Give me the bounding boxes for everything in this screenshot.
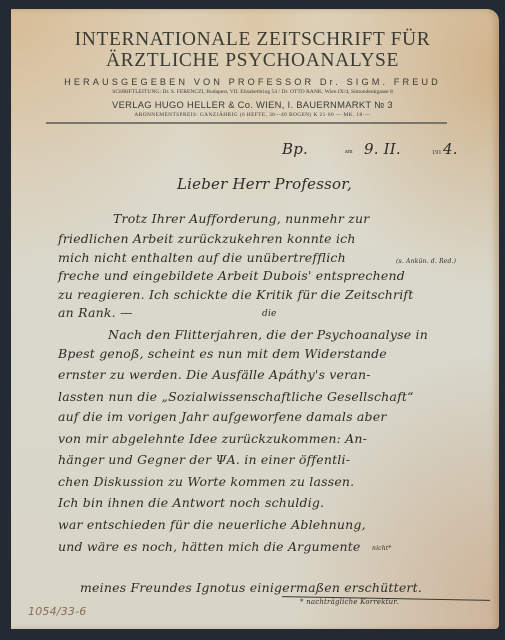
body-line: und wäre es noch, hätten mich die Argume… [58,539,361,554]
body-line: auf die im vorigen Jahr aufgeworfene dam… [58,409,387,424]
letterhead-divider [46,122,447,124]
letterhead-title-line1: INTERNATIONALE ZEITSCHRIFT FÜR [0,29,505,51]
body-line: Trotz Ihrer Aufforderung, nunmehr zur [113,211,369,226]
body-line: an Rank. — [58,305,133,320]
body-line: Nach den Flitterjahren, die der Psychoan… [108,327,428,342]
body-line: Bpest genoß, scheint es nun mit dem Wide… [58,346,387,361]
body-line: von mir abgelehnte Idee zurückzukommen: … [58,431,367,446]
insertion-nicht: nicht* [372,545,392,552]
letterhead-editorial-staff: SCHRIFTLEITUNG: Dr. S. FERENCZI, Budapes… [0,89,505,95]
dateline-am-label: am [345,149,353,155]
body-line: lassten nun die „Sozialwissenschaftliche… [58,389,414,404]
body-line: meines Freundes Ignotus einigermaßen ers… [80,580,422,595]
body-line: Ich bin ihnen die Antwort noch schuldig. [58,495,324,510]
body-line: mich nicht enthalten auf die unübertreff… [58,250,346,265]
archive-mark: 1054/33-6 [28,605,86,618]
dateline-year-suffix: 4. [443,140,458,158]
insertion-die: die [262,309,277,319]
dateline-place: Bp. [282,140,308,158]
letterhead-publisher: VERLAG HUGO HELLER & Co. WIEN, I. BAUERN… [0,99,505,110]
letterhead-title-line2: ÄRZTLICHE PSYCHOANALYSE [0,50,505,72]
footnote: * nachträgliche Korrektur. [300,598,399,606]
body-line: chen Diskussion zu Worte kommen zu lasse… [58,474,354,489]
letterhead-subscription: ABONNEMENTSPREIS: GANZJÄHRIG (6 HEFTE, 3… [0,112,505,118]
body-line: zu reagieren. Ich schickte die Kritik fü… [58,287,413,302]
body-line: ernster zu werden. Die Ausfälle Apáthy's… [58,367,371,382]
body-line: friedlichen Arbeit zurückzukehren konnte… [58,231,356,246]
body-line: war entschieden für die neuerliche Ableh… [58,517,366,532]
letterhead-editor: HERAUSGEGEBEN VON PROFESSOR Dr. SIGM. FR… [0,77,505,87]
dateline-date: 9. II. [364,140,401,158]
salutation: Lieber Herr Professor, [177,175,352,193]
body-line: hänger und Gegner der ΨA. in einer öffen… [58,452,350,467]
dateline-year-prefix: 191 [432,150,442,156]
body-line: freche und eingebildete Arbeit Dubois' e… [58,268,405,283]
insertion-margin-note: (s. Ankün. d. Red.) [396,258,456,265]
